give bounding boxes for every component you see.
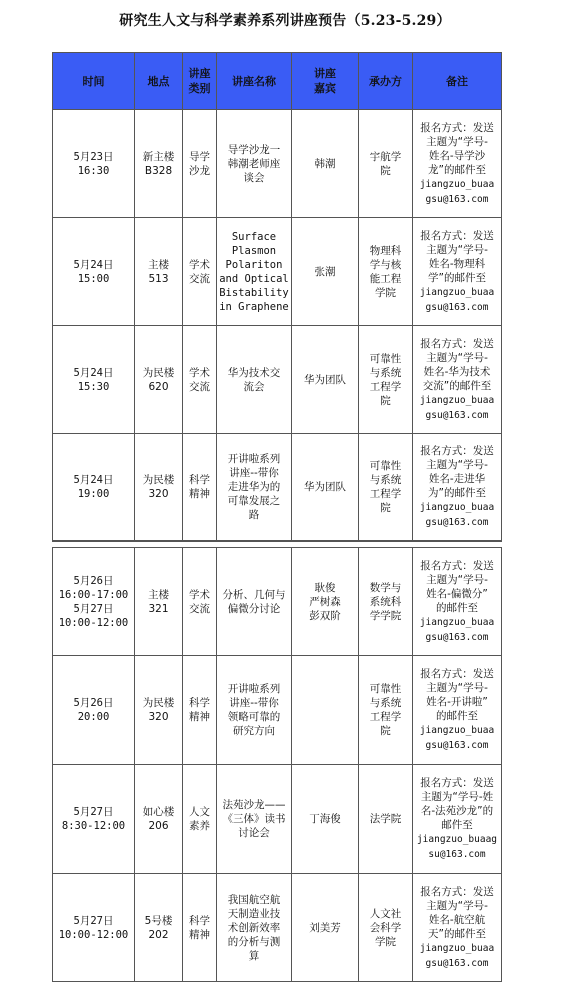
header-time: 时间 <box>53 53 135 110</box>
location-cell: 如心楼 206 <box>135 765 183 874</box>
table-row: 5月26日 16:00-17:00 5月27日 10:00-12:00 主楼 3… <box>53 548 502 656</box>
host-cell: 物理科 学与核 能工程 学院 <box>359 218 413 326</box>
category-cell: 科学 精神 <box>183 656 217 765</box>
email-link[interactable]: jiangzuo_buaag su@163.com <box>415 832 499 862</box>
note-text: 报名方式：发送 主题为“学号- 姓名-航空航 天”的邮件至 <box>415 885 499 941</box>
time-cell: 5月27日 8:30-12:00 <box>53 765 135 874</box>
host-cell: 可靠性 与系统 工程学 院 <box>359 656 413 765</box>
guest-cell: 刘美芳 <box>292 874 359 982</box>
lecture-name-cell: Surface Plasmon Polariton and Optical Bi… <box>217 218 292 326</box>
header-host: 承办方 <box>359 53 413 110</box>
header-note: 备注 <box>413 53 502 110</box>
location-cell: 主楼 321 <box>135 548 183 656</box>
note-cell: 报名方式：发送 主题为“学号- 姓名-航空航 天”的邮件至jiangzuo_bu… <box>413 874 502 982</box>
table-row: 5月24日 15:30 为民楼 620 学术 交流 华为技术交 流会 华为团队 … <box>53 326 502 434</box>
table-row: 5月24日 15:00 主楼 513 学术 交流 Surface Plasmon… <box>53 218 502 326</box>
location-cell: 5号楼 202 <box>135 874 183 982</box>
time-cell: 5月26日 20:00 <box>53 656 135 765</box>
time-cell: 5月24日 19:00 <box>53 434 135 541</box>
location-cell: 为民楼 620 <box>135 326 183 434</box>
location-cell: 为民楼 320 <box>135 656 183 765</box>
time-cell: 5月26日 16:00-17:00 5月27日 10:00-12:00 <box>53 548 135 656</box>
time-cell: 5月24日 15:00 <box>53 218 135 326</box>
lecture-name-cell: 导学沙龙一 韩潮老师座 谈会 <box>217 110 292 218</box>
location-cell: 主楼 513 <box>135 218 183 326</box>
note-text: 报名方式：发送 主题为“学号- 姓名-导学沙 龙”的邮件至 <box>415 121 499 177</box>
table-row: 5月27日 8:30-12:00 如心楼 206 人文 素养 法苑沙龙—— 《三… <box>53 765 502 874</box>
category-cell: 学术 交流 <box>183 218 217 326</box>
table-row: 5月24日 19:00 为民楼 320 科学 精神 开讲啦系列 讲座--带你 走… <box>53 434 502 541</box>
table-row: 5月23日 16:30 新主楼 B328 导学 沙龙 导学沙龙一 韩潮老师座 谈… <box>53 110 502 218</box>
guest-cell: 耿俊 严树森 彭双阶 <box>292 548 359 656</box>
category-cell: 学术 交流 <box>183 326 217 434</box>
header-row: 时间 地点 讲座 类别 讲座名称 讲座 嘉宾 承办方 备注 <box>53 53 502 110</box>
email-link[interactable]: jiangzuo_buaa gsu@163.com <box>415 941 499 971</box>
header-lecture-name: 讲座名称 <box>217 53 292 110</box>
email-link[interactable]: jiangzuo_buaa gsu@163.com <box>415 285 499 315</box>
note-text: 报名方式：发送 主题为“学号-姓 名-法苑沙龙”的 邮件至 <box>415 776 499 832</box>
lecture-name-cell: 分析、几何与 偏微分讨论 <box>217 548 292 656</box>
lecture-name-cell: 开讲啦系列 讲座--带你 领略可靠的 研究方向 <box>217 656 292 765</box>
location-cell: 新主楼 B328 <box>135 110 183 218</box>
note-cell: 报名方式：发送 主题为“学号- 姓名-华为技术 交流”的邮件至jiangzuo_… <box>413 326 502 434</box>
guest-cell: 张潮 <box>292 218 359 326</box>
lecture-name-cell: 我国航空航 天制造业技 术创新效率 的分析与测 算 <box>217 874 292 982</box>
note-text: 报名方式：发送 主题为“学号- 姓名-物理科 学”的邮件至 <box>415 229 499 285</box>
guest-cell: 华为团队 <box>292 326 359 434</box>
guest-cell: 华为团队 <box>292 434 359 541</box>
time-cell: 5月27日 10:00-12:00 <box>53 874 135 982</box>
email-link[interactable]: jiangzuo_buaa gsu@163.com <box>415 177 499 207</box>
category-cell: 人文 素养 <box>183 765 217 874</box>
time-cell: 5月23日 16:30 <box>53 110 135 218</box>
email-link[interactable]: jiangzuo_buaa gsu@163.com <box>415 500 499 530</box>
time-cell: 5月24日 15:30 <box>53 326 135 434</box>
host-cell: 可靠性 与系统 工程学 院 <box>359 434 413 541</box>
host-cell: 法学院 <box>359 765 413 874</box>
note-cell: 报名方式：发送 主题为“学号- 姓名-开讲啦” 的邮件至jiangzuo_bua… <box>413 656 502 765</box>
note-cell: 报名方式：发送 主题为“学号- 姓名-物理科 学”的邮件至jiangzuo_bu… <box>413 218 502 326</box>
table-row: 5月27日 10:00-12:00 5号楼 202 科学 精神 我国航空航 天制… <box>53 874 502 982</box>
category-cell: 科学 精神 <box>183 434 217 541</box>
guest-cell: 韩潮 <box>292 110 359 218</box>
guest-cell: 丁海俊 <box>292 765 359 874</box>
host-cell: 宇航学 院 <box>359 110 413 218</box>
note-text: 报名方式：发送 主题为“学号- 姓名-偏微分” 的邮件至 <box>415 559 499 615</box>
header-guest: 讲座 嘉宾 <box>292 53 359 110</box>
category-cell: 科学 精神 <box>183 874 217 982</box>
schedule-table-part-2: 5月26日 16:00-17:00 5月27日 10:00-12:00 主楼 3… <box>52 547 502 982</box>
note-text: 报名方式：发送 主题为“学号- 姓名-走进华 为”的邮件至 <box>415 444 499 500</box>
note-cell: 报名方式：发送 主题为“学号- 姓名-导学沙 龙”的邮件至jiangzuo_bu… <box>413 110 502 218</box>
lecture-name-cell: 开讲啦系列 讲座--带你 走进华为的 可靠发展之 路 <box>217 434 292 541</box>
email-link[interactable]: jiangzuo_buaa gsu@163.com <box>415 615 499 645</box>
table-row: 5月26日 20:00 为民楼 320 科学 精神 开讲啦系列 讲座--带你 领… <box>53 656 502 765</box>
page-title: 研究生人文与科学素养系列讲座预告（5.23-5.29） <box>0 10 570 30</box>
note-cell: 报名方式：发送 主题为“学号-姓 名-法苑沙龙”的 邮件至jiangzuo_bu… <box>413 765 502 874</box>
note-text: 报名方式：发送 主题为“学号- 姓名-开讲啦” 的邮件至 <box>415 667 499 723</box>
host-cell: 数学与 系统科 学学院 <box>359 548 413 656</box>
category-cell: 导学 沙龙 <box>183 110 217 218</box>
email-link[interactable]: jiangzuo_buaa gsu@163.com <box>415 723 499 753</box>
note-cell: 报名方式：发送 主题为“学号- 姓名-走进华 为”的邮件至jiangzuo_bu… <box>413 434 502 541</box>
header-location: 地点 <box>135 53 183 110</box>
lecture-name-cell: 华为技术交 流会 <box>217 326 292 434</box>
note-text: 报名方式：发送 主题为“学号- 姓名-华为技术 交流”的邮件至 <box>415 337 499 393</box>
lecture-name-cell: 法苑沙龙—— 《三体》读书 讨论会 <box>217 765 292 874</box>
note-cell: 报名方式：发送 主题为“学号- 姓名-偏微分” 的邮件至jiangzuo_bua… <box>413 548 502 656</box>
location-cell: 为民楼 320 <box>135 434 183 541</box>
category-cell: 学术 交流 <box>183 548 217 656</box>
header-category: 讲座 类别 <box>183 53 217 110</box>
schedule-table-part-1: 时间 地点 讲座 类别 讲座名称 讲座 嘉宾 承办方 备注 5月23日 16:3… <box>52 52 502 542</box>
host-cell: 可靠性 与系统 工程学 院 <box>359 326 413 434</box>
guest-cell <box>292 656 359 765</box>
host-cell: 人文社 会科学 学院 <box>359 874 413 982</box>
email-link[interactable]: jiangzuo_buaa gsu@163.com <box>415 393 499 423</box>
